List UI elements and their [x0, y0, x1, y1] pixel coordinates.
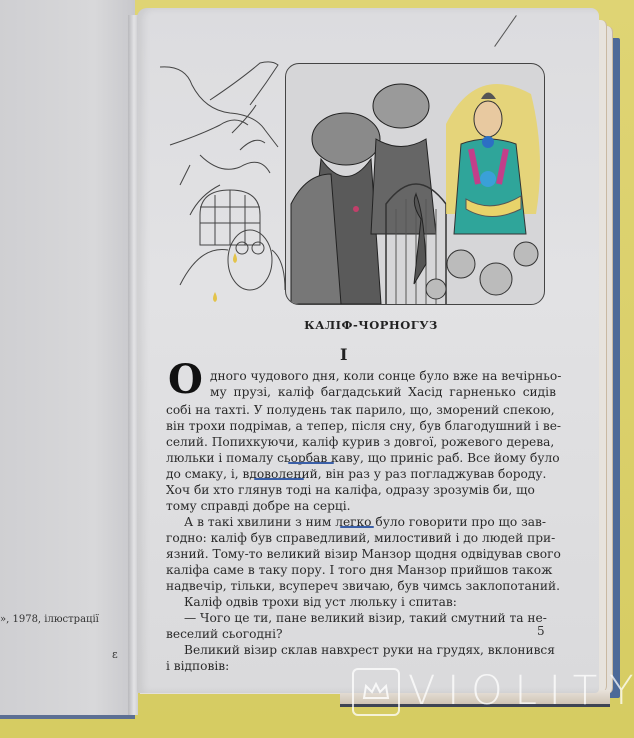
- watermark-text: VIOLITY: [408, 668, 634, 714]
- crown-icon: [352, 668, 400, 716]
- text-line: дного чудового дня, коли сонце було вже …: [210, 368, 561, 384]
- chapter-number: I: [340, 345, 347, 364]
- text-line: Великий візир склав навхрест руки на гру…: [184, 642, 555, 658]
- text-line: до смаку, і, вдоволений, він раз у раз п…: [166, 466, 546, 482]
- text-line: А в такі хвилини з ним легко було говори…: [184, 514, 546, 530]
- text-line: він трохи подрімав, а тепер, після сну, …: [166, 418, 561, 434]
- chapter-illustration: [160, 55, 540, 305]
- chapter-title: КАЛІФ-ЧОРНОГУЗ: [0, 318, 634, 332]
- text-line: Хоч би хто глянув тоді на каліфа, одразу…: [166, 482, 535, 498]
- text-line: селий. Попихкуючи, каліф курив з довгої,…: [166, 434, 554, 450]
- illustration-panel: [285, 63, 545, 305]
- page-number: 5: [537, 624, 545, 638]
- text-line: годно: каліф був справедливий, милостиви…: [166, 530, 555, 546]
- left-page: », 1978, ілюстрації ε: [0, 0, 135, 719]
- text-line: — Чого це ти, пане великий візир, такий …: [184, 610, 547, 626]
- text-line: Каліф одвів трохи від уст люльку і спита…: [184, 594, 457, 610]
- chapter-title-text: КАЛІФ-ЧОРНОГУЗ: [304, 318, 438, 332]
- text-line: і відповів:: [166, 658, 229, 674]
- left-page-mark: ε: [112, 648, 118, 661]
- pen-underline: [340, 526, 374, 528]
- text-line: му прузі, каліф багдадський Хасід гарнен…: [210, 384, 556, 400]
- pen-underline: [288, 462, 334, 464]
- text-line: собі на тахті. У полудень так парило, що…: [166, 402, 555, 418]
- pen-underline: [254, 478, 304, 480]
- watermark: VIOLITY: [352, 668, 612, 714]
- drop-cap: О: [168, 360, 196, 400]
- text-line: каліфа саме в таку пору. І того дня Манз…: [166, 562, 552, 578]
- text-line: язний. Тому-то великий візир Манзор щодн…: [166, 546, 561, 562]
- left-page-caption: », 1978, ілюстрації: [0, 614, 99, 625]
- text-line: надвечір, тільки, всупереч звичаю, був ч…: [166, 578, 560, 594]
- scene-figures-icon: [286, 64, 544, 304]
- text-line: люльки і помалу сьорбав каву, що приніс …: [166, 450, 560, 466]
- text-line: тому справді добре на серці.: [166, 498, 351, 514]
- text-line: веселий сьогодні?: [166, 626, 283, 642]
